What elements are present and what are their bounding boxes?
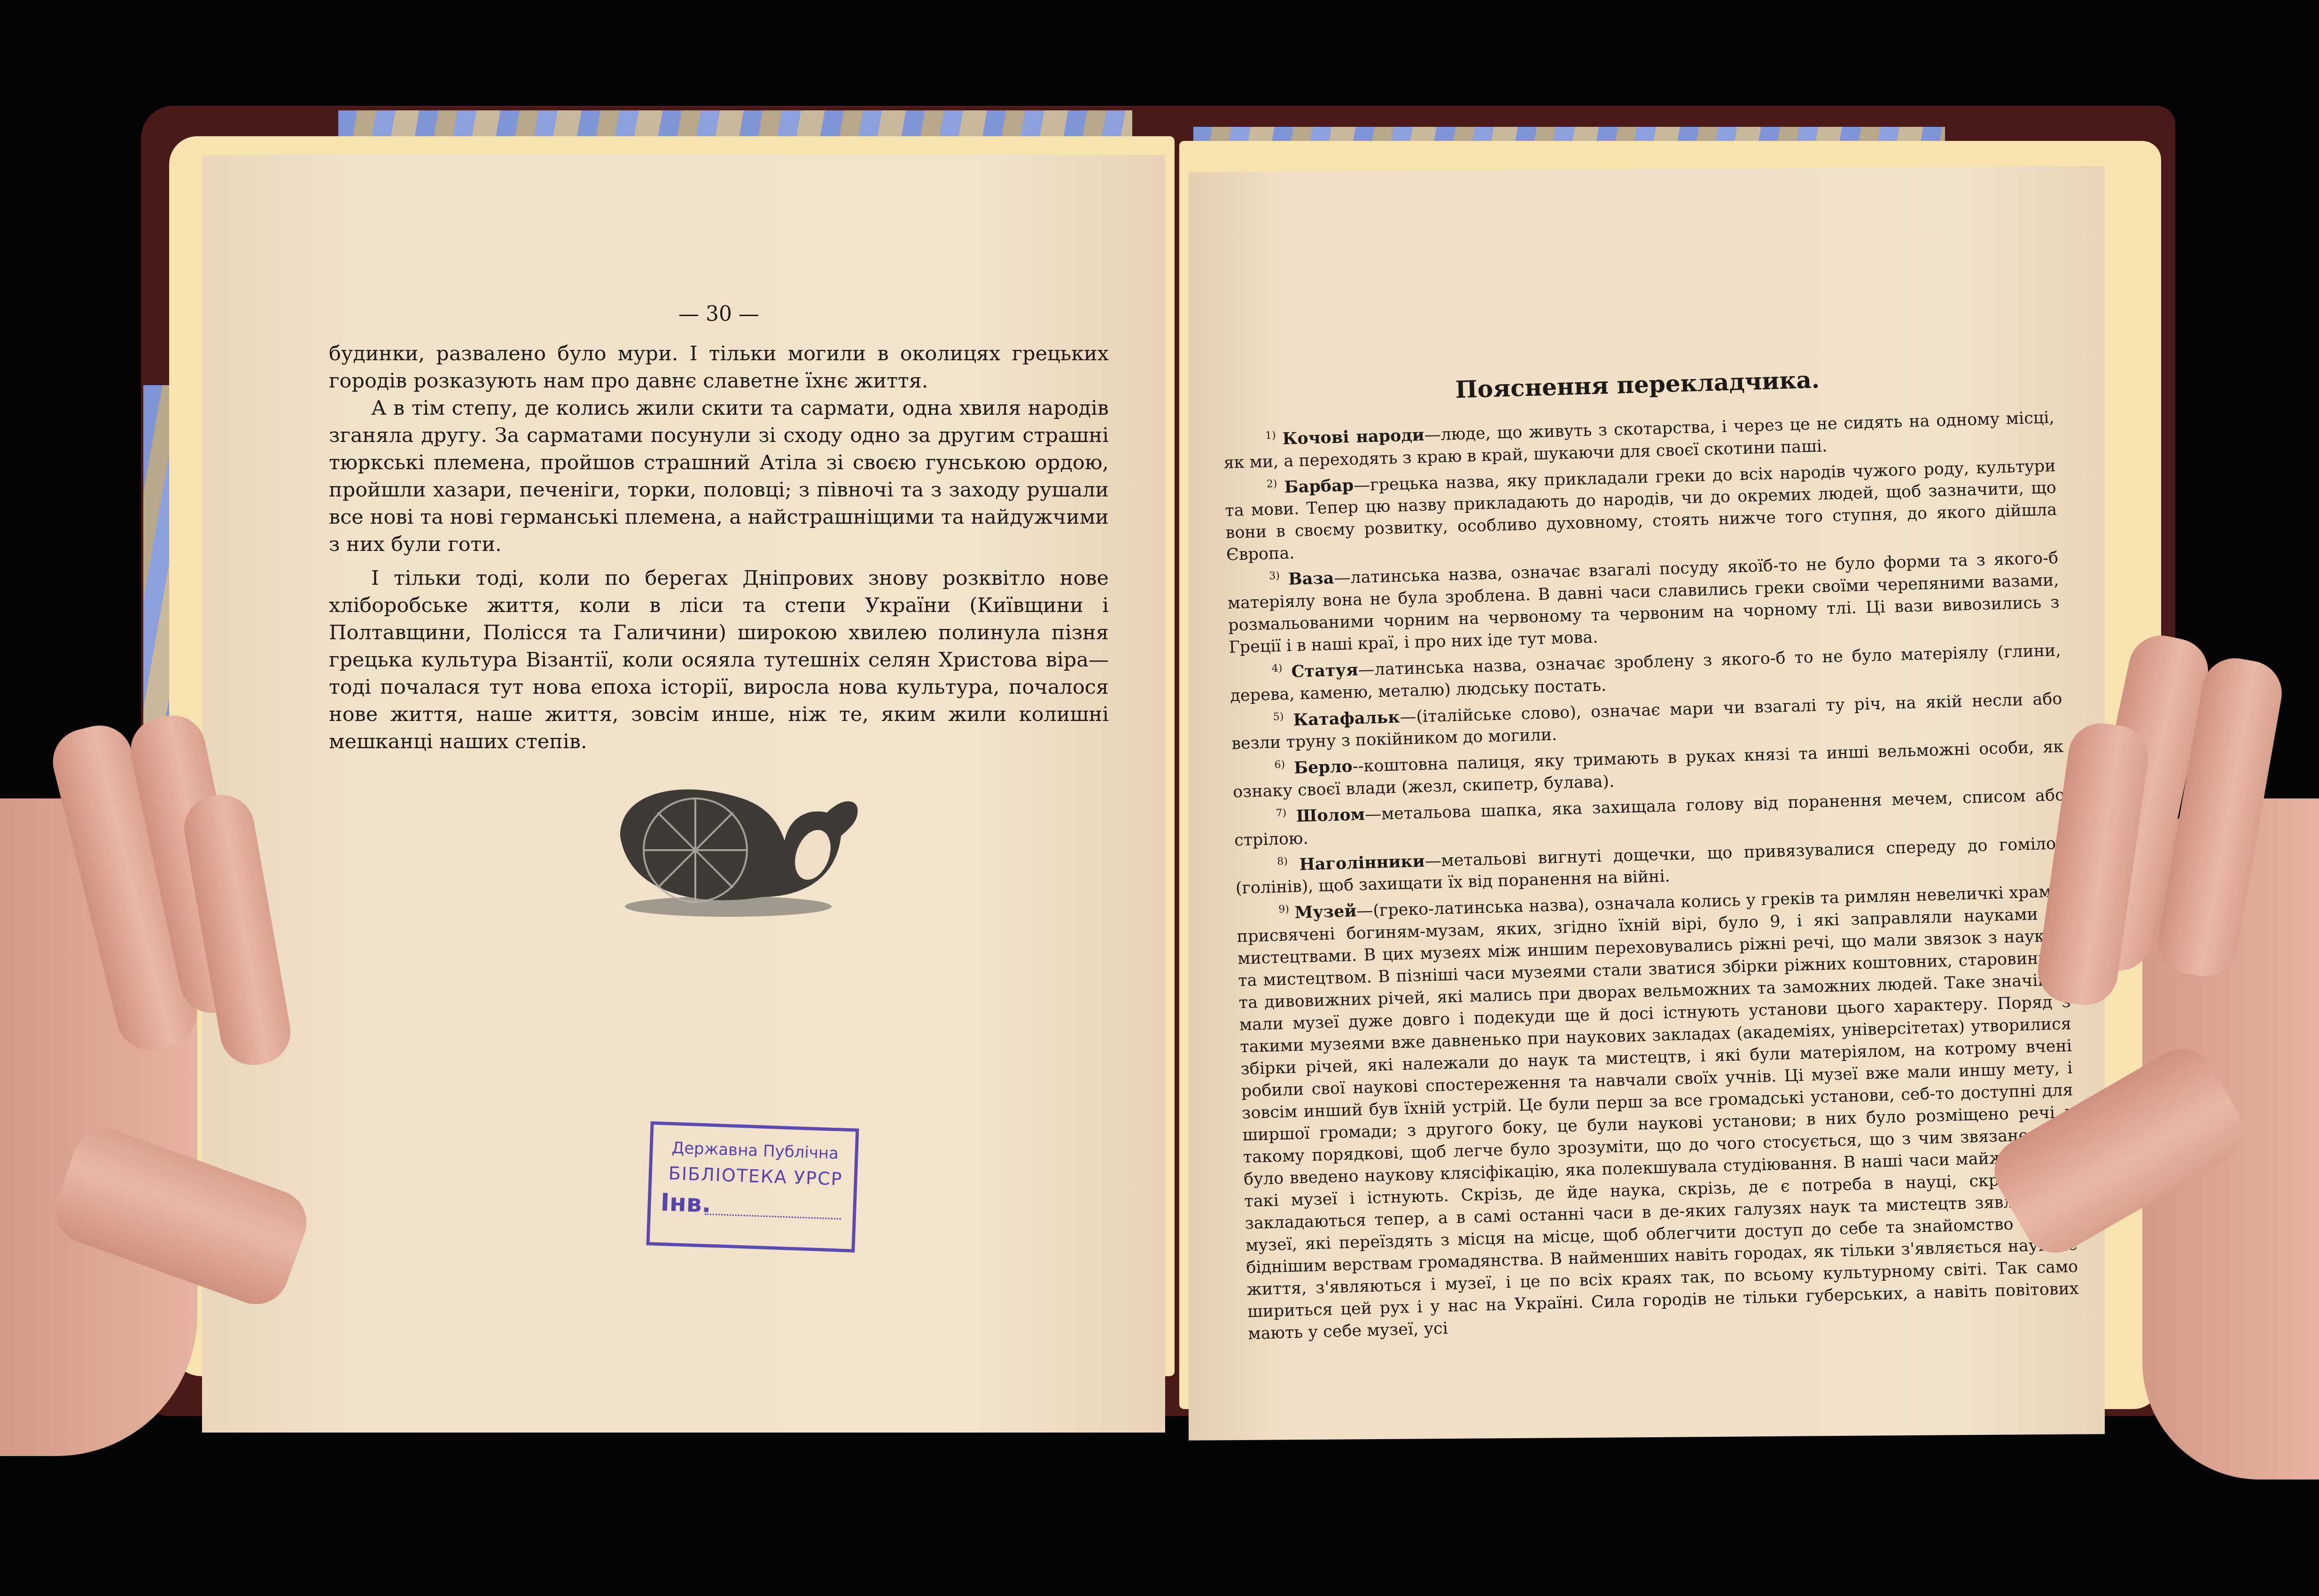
note-item: 9) Музей—(греко-латинська назва), означа… <box>1236 876 2080 1345</box>
library-stamp: Державна Публічна БІБЛІОТЕКА УРСР Інв. <box>646 1121 859 1252</box>
stamp-inventory-label: Інв. <box>660 1188 712 1218</box>
left-page-text: — 30 — будинки, развалено було мури. І т… <box>329 301 1109 755</box>
stamp-line-1: Державна Публічна <box>671 1139 839 1163</box>
paragraph: будинки, развалено було мури. І тільки м… <box>329 340 1109 395</box>
page-number: — 30 — <box>329 301 1109 328</box>
stamp-line-2: БІБЛІОТЕКА УРСР <box>668 1163 843 1190</box>
right-page-text: Пояснення перекладчика. 1) Кочові народи… <box>1222 362 2079 1346</box>
paragraph: А в тім степу, де колись жили скити та с… <box>329 395 1109 558</box>
vessel-icon <box>601 770 864 921</box>
stamp-inventory-field <box>705 1213 841 1219</box>
paragraph: І тільки тоді, коли по берегах Дніпрових… <box>329 565 1109 755</box>
